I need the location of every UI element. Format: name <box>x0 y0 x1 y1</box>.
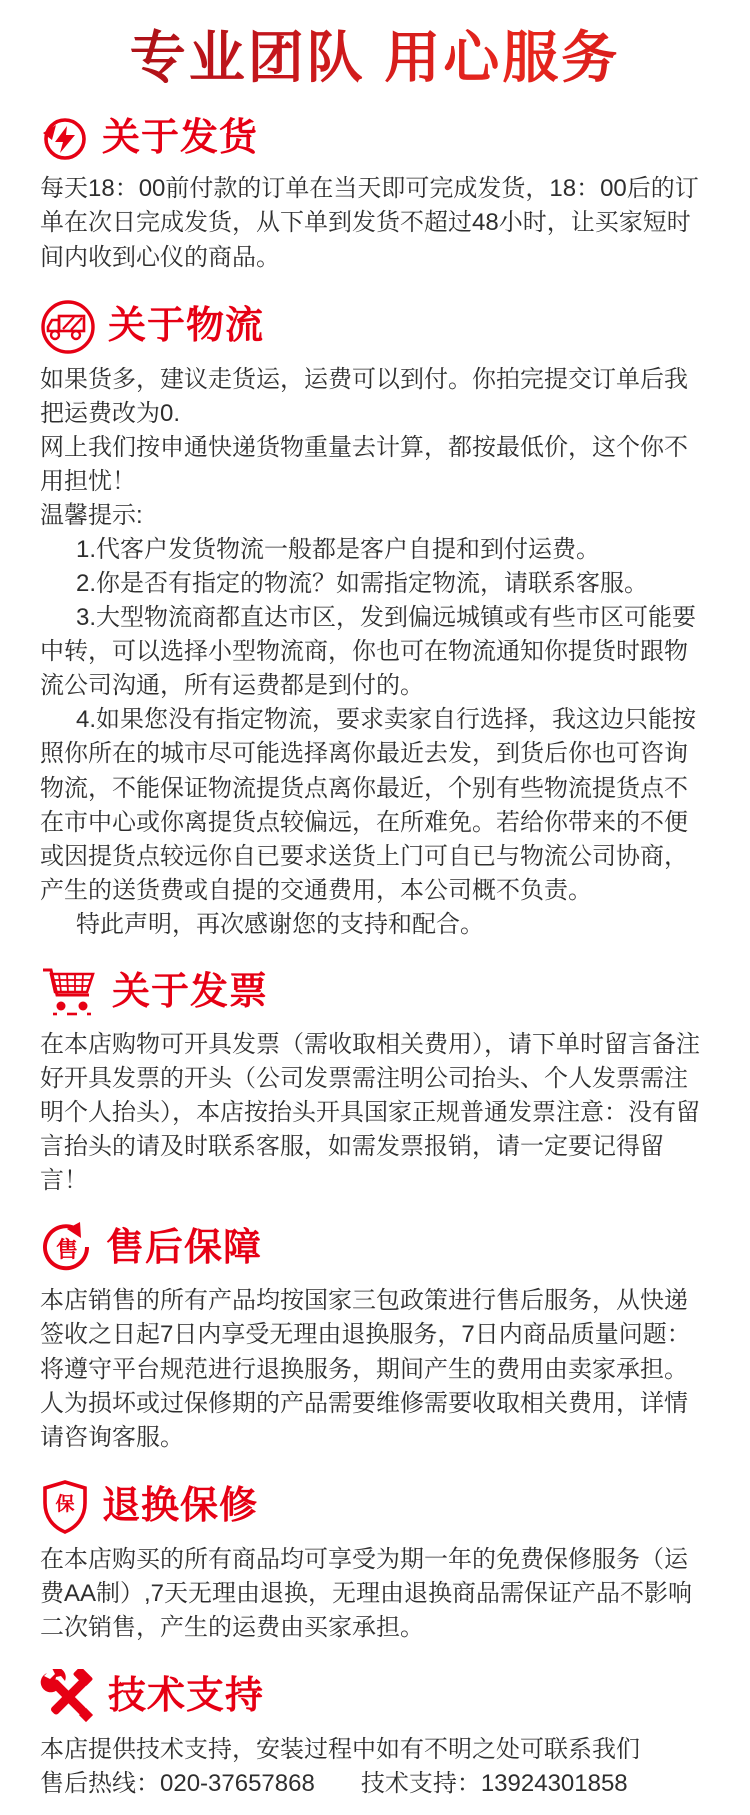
section-shipping-body: 每天18：00前付款的订单在当天即可完成发货，18：00后的订单在次日完成发货，… <box>40 172 710 274</box>
paragraph: 人为损坏或过保修期的产品需要维修需要收取相关费用，详情请咨询客服。 <box>40 1387 710 1455</box>
svg-text:保: 保 <box>55 1492 74 1515</box>
list-item: 3.大型物流商都直达市区，发到偏远城镇或有些市区可能要中转，可以选择小型物流商，… <box>40 601 710 703</box>
section-shipping-title: 关于发货 <box>102 118 258 160</box>
section-after-sale: 售 售后保障 本店销售的所有产品均按国家三包政策进行售后服务，从快递签收之日起7… <box>40 1222 710 1454</box>
section-shipping-header: 关于发货 <box>40 114 710 164</box>
list-item: 1.代客户发货物流一般都是客户自提和到付运费。 <box>40 533 710 567</box>
section-shipping: 关于发货 每天18：00前付款的订单在当天即可完成发货，18：00后的订单在次日… <box>40 114 710 274</box>
paragraph: 在本店购物可开具发票（需收取相关费用），请下单时留言备注好开具发票的开头（公司发… <box>40 1028 710 1198</box>
shopping-cart-icon <box>40 966 100 1020</box>
section-invoice-title: 关于发票 <box>112 972 268 1014</box>
page-title: 专业团队 用心服务 <box>40 26 710 90</box>
hotline-row: 售后热线：020-37657868 技术支持：13924301858 <box>40 1767 710 1801</box>
paragraph: 在本店购买的所有商品均可享受为期一年的免费保修服务（运费AA制）,7天无理由退换… <box>40 1543 710 1645</box>
section-warranty: 保 退换保修 在本店购买的所有商品均可享受为期一年的免费保修服务（运费AA制）,… <box>40 1479 710 1645</box>
section-after-sale-body: 本店销售的所有产品均按国家三包政策进行售后服务，从快递签收之日起7日内享受无理由… <box>40 1284 710 1454</box>
section-tech-support-body: 本店提供技术支持，安装过程中如有不明之处可联系我们 售后热线：020-37657… <box>40 1733 710 1801</box>
after-sales-hotline: 售后热线：020-37657868 <box>40 1767 315 1801</box>
lightning-refresh-icon <box>40 114 90 164</box>
section-tech-support: 技术支持 本店提供技术支持，安装过程中如有不明之处可联系我们 售后热线：020-… <box>40 1669 710 1801</box>
section-tech-support-title: 技术支持 <box>108 1676 264 1718</box>
section-after-sale-title: 售后保障 <box>106 1228 262 1270</box>
section-invoice: 关于发票 在本店购物可开具发票（需收取相关费用），请下单时留言备注好开具发票的开… <box>40 966 710 1198</box>
section-logistics: 关于物流 如果货多，建议走货运，运费可以到付。你拍完提交订单后我把运费改为0. … <box>40 299 710 942</box>
shield-badge-icon: 保 <box>40 1479 90 1535</box>
svg-text:售: 售 <box>56 1237 78 1262</box>
section-warranty-header: 保 退换保修 <box>40 1479 710 1535</box>
section-tech-support-header: 技术支持 <box>40 1669 710 1725</box>
crossed-tools-icon <box>40 1669 96 1725</box>
section-warranty-title: 退换保修 <box>102 1486 258 1528</box>
section-invoice-body: 在本店购物可开具发票（需收取相关费用），请下单时留言备注好开具发票的开头（公司发… <box>40 1028 710 1198</box>
paragraph: 本店销售的所有产品均按国家三包政策进行售后服务，从快递签收之日起7日内享受无理由… <box>40 1284 710 1386</box>
section-logistics-body: 如果货多，建议走货运，运费可以到付。你拍完提交订单后我把运费改为0. 网上我们按… <box>40 363 710 942</box>
service-info-page: 专业团队 用心服务 关于发货 每天18：00前付款的订单在当天即可完成发货，18… <box>0 0 750 1815</box>
tech-support-hotline: 技术支持：13924301858 <box>361 1767 628 1801</box>
truck-circle-icon <box>40 299 96 355</box>
section-invoice-header: 关于发票 <box>40 966 710 1020</box>
paragraph: 每天18：00前付款的订单在当天即可完成发货，18：00后的订单在次日完成发货，… <box>40 172 710 274</box>
paragraph: 网上我们按申通快递货物重量去计算，都按最低价，这个你不用担忧！ <box>40 431 710 499</box>
circular-arrow-badge-icon: 售 <box>40 1222 94 1276</box>
paragraph: 温馨提示: <box>40 499 710 533</box>
paragraph: 本店提供技术支持，安装过程中如有不明之处可联系我们 <box>40 1733 710 1767</box>
section-logistics-title: 关于物流 <box>108 306 264 348</box>
section-warranty-body: 在本店购买的所有商品均可享受为期一年的免费保修服务（运费AA制）,7天无理由退换… <box>40 1543 710 1645</box>
list-item: 2.你是否有指定的物流？如需指定物流，请联系客服。 <box>40 567 710 601</box>
list-item: 4.如果您没有指定物流，要求卖家自行选择，我这边只能按照你所在的城市尽可能选择离… <box>40 703 710 907</box>
paragraph: 特此声明，再次感谢您的支持和配合。 <box>40 908 710 942</box>
paragraph: 如果货多，建议走货运，运费可以到付。你拍完提交订单后我把运费改为0. <box>40 363 710 431</box>
section-after-sale-header: 售 售后保障 <box>40 1222 710 1276</box>
section-logistics-header: 关于物流 <box>40 299 710 355</box>
